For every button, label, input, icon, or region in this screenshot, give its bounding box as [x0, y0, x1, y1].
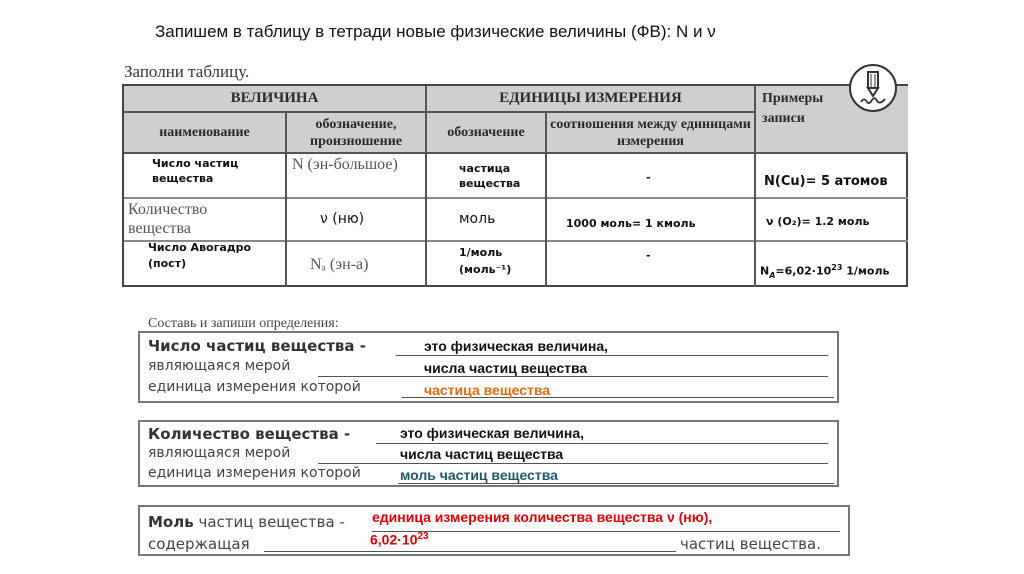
row1-relation: -: [646, 170, 651, 185]
divider: [425, 86, 427, 287]
line3-label: единица измерения которой: [148, 379, 361, 395]
divider: [545, 111, 547, 287]
answer-line: [398, 483, 834, 484]
answer-2[interactable]: числа частиц вещества: [400, 446, 563, 462]
divider: [124, 197, 908, 199]
answer-2[interactable]: 6,02·1023: [370, 531, 429, 548]
col-symbol: обозначение, произношение: [287, 113, 425, 152]
answer-3[interactable]: частица вещества: [424, 382, 550, 398]
table-caption: Заполни таблицу.: [124, 62, 249, 82]
line2-label: являющаяся мерой: [148, 358, 290, 374]
page-title: Запишем в таблицу в тетради новые физиче…: [155, 22, 716, 42]
col-unit-symbol: обозначение: [427, 113, 545, 152]
term: Число частиц вещества -: [148, 337, 366, 355]
definition-block-mole: Моль частиц вещества - содержащая частиц…: [138, 505, 850, 556]
row2-symbol: ν (ню): [320, 212, 364, 227]
line2-label: являющаяся мерой: [148, 445, 290, 461]
term: Количество вещества -: [148, 425, 350, 443]
row3-example: NA=6,02·1023 1/моль: [760, 260, 889, 283]
divider: [285, 111, 287, 287]
answer-1[interactable]: единица измерения количества вещества ν …: [372, 509, 712, 525]
row3-relation: -: [646, 248, 651, 263]
definition-block-particles: Число частиц вещества - являющаяся мерой…: [138, 331, 839, 403]
line3-label: единица измерения которой: [148, 465, 361, 481]
divider: [124, 152, 908, 154]
header-units: ЕДИНИЦЫ ИЗМЕРЕНИЯ: [427, 86, 754, 111]
answer-2[interactable]: числа частиц вещества: [424, 360, 587, 376]
row1-example: N(Cu)= 5 атомов: [764, 174, 888, 189]
answer-line: [264, 551, 676, 552]
row2-example: ν (O₂)= 1.2 моль: [766, 214, 869, 229]
answer-line: [396, 355, 828, 356]
col-relation: соотношения между единицами измерения: [547, 113, 754, 152]
header-examples-label: Примеры записи: [762, 89, 842, 129]
header-quantity: ВЕЛИЧИНА: [124, 86, 425, 111]
line2-end: частиц вещества.: [680, 535, 821, 553]
pencil-icon: [849, 64, 897, 112]
term: Моль частиц вещества -: [148, 513, 345, 531]
row2-unit: моль: [459, 212, 495, 227]
answer-line: [318, 376, 828, 377]
row3-name: Число Авогадро (пост): [148, 240, 268, 272]
col-name: наименование: [124, 113, 285, 152]
definitions-caption: Составь и запиши определения:: [148, 316, 339, 332]
answer-line: [318, 463, 828, 464]
answer-line: [372, 531, 840, 532]
row2-name: Количество вещества: [128, 200, 258, 238]
row3-symbol: Nₐ (эн-а): [310, 256, 368, 274]
quantities-table: ВЕЛИЧИНА ЕДИНИЦЫ ИЗМЕРЕНИЯ Примеры запис…: [122, 84, 908, 287]
line2-label: содержащая: [148, 535, 250, 553]
row3-unit: 1/моль (моль⁻¹): [459, 244, 539, 278]
definition-block-amount: Количество вещества - являющаяся мерой е…: [138, 420, 839, 487]
row1-unit: частица вещества: [459, 161, 539, 191]
row1-symbol: N (эн-большое): [292, 156, 398, 174]
divider: [124, 111, 754, 113]
answer-1[interactable]: это физическая величина,: [400, 425, 584, 441]
answer-3[interactable]: моль частиц вещества: [400, 467, 558, 483]
answer-line: [376, 443, 828, 444]
answer-1[interactable]: это физическая величина,: [424, 338, 608, 354]
divider: [754, 86, 756, 287]
row2-relation: 1000 моль= 1 кмоль: [566, 216, 696, 231]
row1-name: Число частиц вещества: [152, 156, 262, 186]
